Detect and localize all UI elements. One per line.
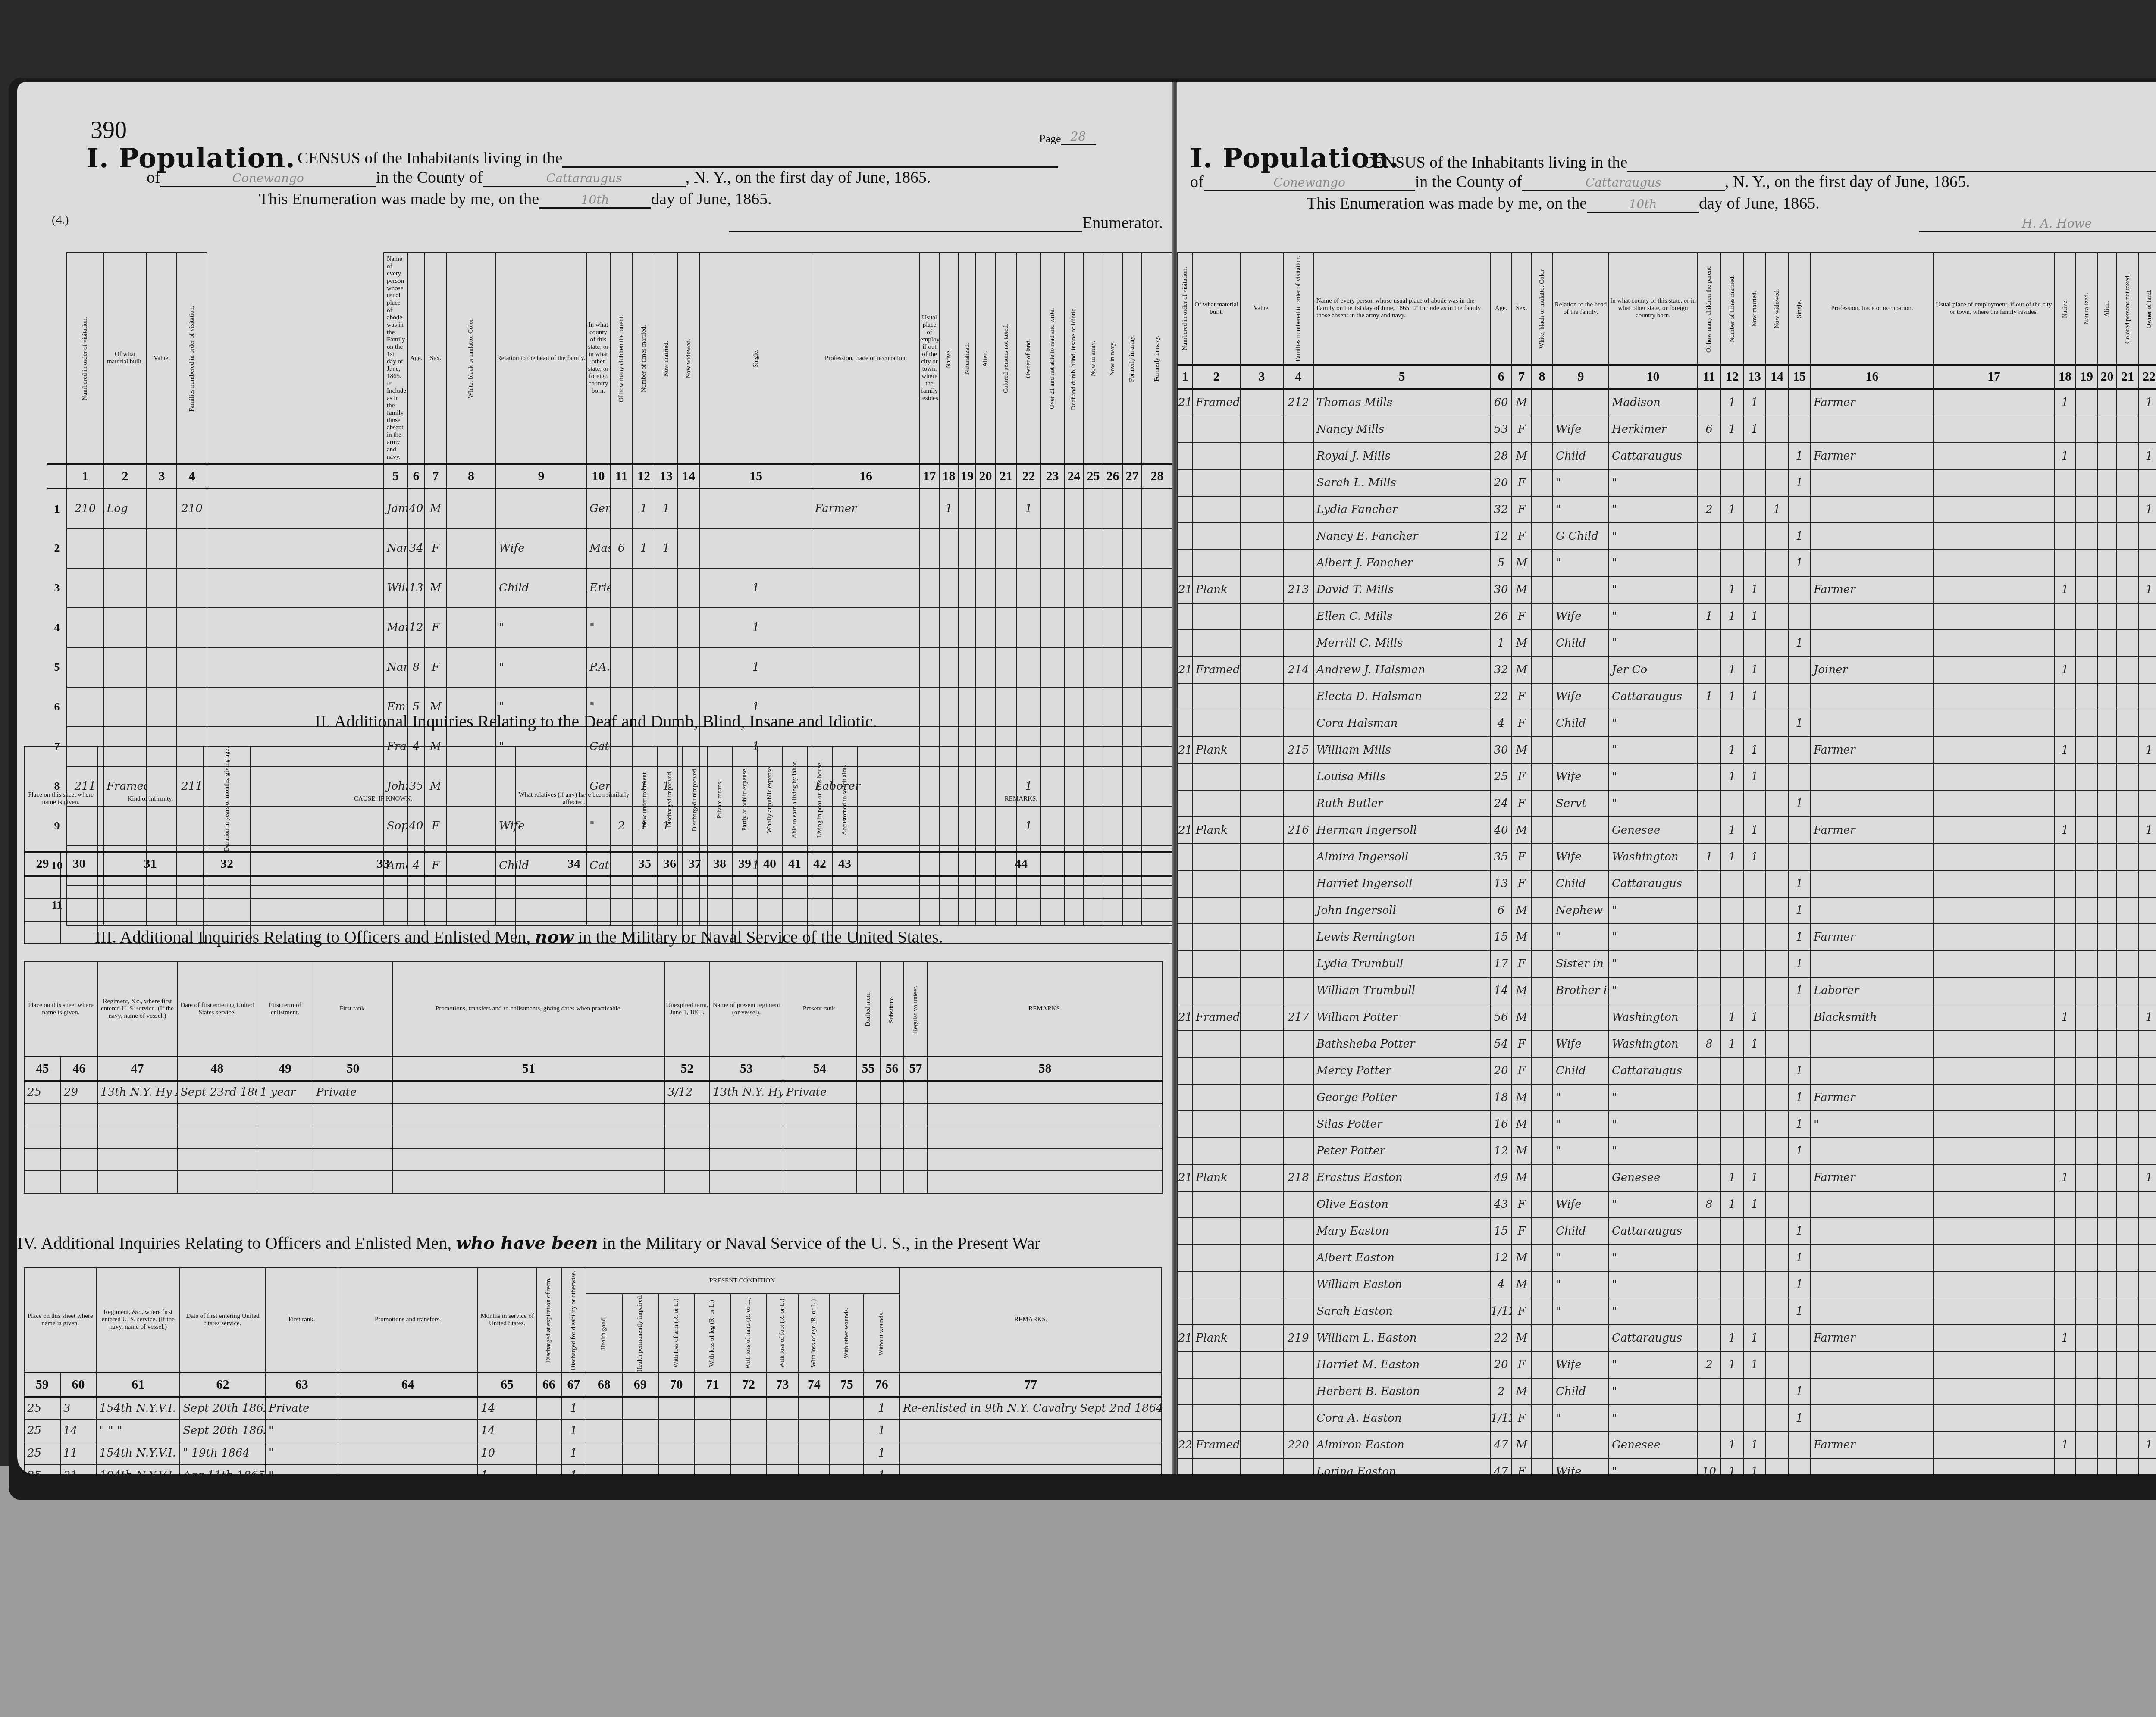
children-count [1697,817,1721,844]
line-number: 2 [47,529,67,568]
col-25 [1084,529,1103,568]
times-married: 1 [1721,1325,1743,1351]
s3-header-date-first: Date of first entering United States ser… [177,962,257,1057]
sex: F [1512,1057,1531,1084]
table-row: 3William H. Moore13MChildErie1 [47,568,1172,608]
blank-cell [24,921,61,944]
enumeration-day-field-right: 10th [1587,197,1699,213]
now-widowed [1766,844,1788,870]
s4-c76: 1 [864,1420,900,1442]
voter-native [939,647,959,687]
person-name: William L. Easton [1313,1325,1490,1351]
col-21 [2117,924,2138,951]
dwelling-number: 220 [1178,1432,1193,1458]
family-number: 220 [1283,1432,1313,1458]
table-row: Mercy Potter20FChildCattaraugus126 [1178,1057,2156,1084]
single: 1 [1788,710,1811,737]
single: 1 [700,608,812,647]
owner-of-land [2138,1458,2156,1474]
dwelling-value [1240,1458,1283,1474]
sex: F [1512,951,1531,977]
column-number: 59 [24,1373,60,1397]
times-married [633,647,655,687]
owner-of-land [2138,1351,2156,1378]
place-of-employment [1934,737,2054,763]
person-name: James M. Moore [384,488,407,529]
s3-date [177,1104,257,1126]
s4-header-first-rank: First rank. [266,1268,338,1373]
s4-header-months: Months in service of United States. [478,1268,536,1373]
single [1788,763,1811,790]
column-number: 5 [384,464,407,488]
now-married [1743,1111,1766,1138]
s3-unexpired: 3/12 [664,1081,710,1104]
dwelling-value [1240,1218,1283,1245]
family-number [177,568,207,608]
col-20 [2097,1111,2117,1138]
col-21 [995,687,1017,727]
section3-title: III. Additional Inquiries Relating to Of… [95,927,943,947]
age: 1/12 [1490,1405,1512,1432]
section4-table: Place on this sheet where name is given.… [24,1267,1162,1474]
single [1788,1191,1811,1218]
now-widowed [1766,1191,1788,1218]
sex: M [1512,550,1531,576]
col-20 [2097,1164,2117,1191]
table-row: Nancy E. Fancher12FG Child"16 [1178,523,2156,550]
person-name: Louisa Mills [1313,763,1490,790]
now-married [1743,550,1766,576]
table-row: William Easton4M""134 [1178,1271,2156,1298]
relation: " [1553,1271,1609,1298]
voter-native [939,568,959,608]
dwelling-number: 210 [67,488,103,529]
family-number [1283,1084,1313,1111]
col-28 [1142,568,1172,608]
dwelling-material [1193,550,1240,576]
header-col22: Owner of land. [1017,253,1040,464]
children-count [1697,1057,1721,1084]
s2-header-c35: Now under treatment. [632,746,657,852]
blank-cell [757,899,782,921]
sex: F [1512,710,1531,737]
relation: Child [1553,870,1609,897]
times-married: 1 [1721,496,1743,523]
place-of-employment [1934,1057,2054,1084]
color [1531,1191,1553,1218]
sex: M [1512,1325,1531,1351]
dwelling-value [1240,924,1283,951]
col-28 [1142,529,1172,568]
column-number: 57 [904,1057,928,1081]
enumeration-line-text: This Enumeration was made by me, on the [259,190,539,208]
enumeration-date-line-right: This Enumeration was made by me, on the1… [1307,194,1820,213]
now-widowed [677,529,700,568]
family-number [1283,710,1313,737]
s3-extra [880,1104,904,1126]
times-married: 1 [1721,1351,1743,1378]
s4-header-c70: With loss of arm (R. or L.) [658,1294,695,1373]
table-row: Peter Potter12M""129 [1178,1138,2156,1164]
sex: M [1512,1111,1531,1138]
family-number [1283,443,1313,469]
place-of-employment [1934,657,2054,683]
blank-cell [24,876,61,899]
line-number: 3 [47,568,67,608]
table-row [24,876,1173,899]
dwelling-value [147,687,177,727]
now-married: 1 [1743,1191,1766,1218]
col-27 [1122,488,1142,529]
place-of-employment [1934,897,2054,924]
owner-of-land: 1 [2138,737,2156,763]
birthplace: " [1609,1458,1697,1474]
dwelling-material: Framed [1193,389,1240,416]
table-row: Herbert B. Easton2MChild"138 [1178,1378,2156,1405]
relation: " [1553,550,1609,576]
s2-header-c43: Accustomed to solicit alms. [832,746,857,852]
now-widowed [677,647,700,687]
family-number [1283,790,1313,817]
occupation [1811,870,1934,897]
s4-header-c76: Without wounds. [864,1294,900,1373]
table-row: Lydia Fancher32F""21115 [1178,496,2156,523]
column-number: 45 [24,1057,61,1081]
occupation: Farmer [1811,389,1934,416]
col-19 [2076,1111,2097,1138]
times-married [1721,1405,1743,1432]
col-25 [1084,687,1103,727]
single: 1 [1788,523,1811,550]
place-of-employment [1934,1298,2054,1325]
dwelling-material [1193,1298,1240,1325]
s4-promotions [338,1464,478,1474]
person-name: Sarah Easton [1313,1298,1490,1325]
birthplace: " [1609,550,1697,576]
col-19 [2076,1057,2097,1084]
dwelling-number [1178,710,1193,737]
s4-promotions [338,1420,478,1442]
children-count [1697,1111,1721,1138]
dwelling-material [103,568,147,608]
sex: F [1512,496,1531,523]
spacer [207,608,384,647]
s3-promotions [393,1171,664,1193]
col-25 [1084,647,1103,687]
sex: M [1512,1245,1531,1271]
s4-c71 [694,1397,730,1420]
sex: F [1512,603,1531,630]
dwelling-value [1240,763,1283,790]
birthplace: Mass [586,529,610,568]
voter-native [2054,763,2076,790]
birthplace: Cattaraugus [1609,683,1697,710]
dwelling-value [1240,1351,1283,1378]
person-name: David T. Mills [1313,576,1490,603]
col-24 [1064,647,1084,687]
left-page-header: 390 Page28 I. Population. CENSUS of the … [17,82,1173,259]
column-number: 9 [1553,365,1609,389]
column-number: 19 [2076,365,2097,389]
voter-native [939,608,959,647]
dwelling-number: 216 [1178,817,1193,844]
s4-months: 14 [478,1420,536,1442]
dwelling-value [1240,951,1283,977]
children-count [610,488,633,529]
children-count [610,647,633,687]
relation [1553,576,1609,603]
table-row: Albert J. Fancher5M""17 [1178,550,2156,576]
times-married: 1 [1721,737,1743,763]
times-married [1721,1245,1743,1271]
person-name: Sarah L. Mills [1313,469,1490,496]
dwelling-number [1178,763,1193,790]
s4-c72 [730,1397,767,1420]
col-20 [2097,1218,2117,1245]
now-widowed [1766,790,1788,817]
now-married [655,608,677,647]
now-widowed [677,568,700,608]
dwelling-material: Plank [1193,576,1240,603]
dwelling-material [1193,951,1240,977]
family-number [1283,951,1313,977]
column-number: 27 [1122,464,1142,488]
relation: " [1553,1111,1609,1138]
dwelling-number [1178,550,1193,576]
s4-promotions [338,1442,478,1464]
color [1531,657,1553,683]
now-widowed [1766,1245,1788,1271]
col-20 [976,608,995,647]
occupation [1811,683,1934,710]
owner-of-land [1017,529,1040,568]
birthplace: " [1609,1111,1697,1138]
sex: M [1512,657,1531,683]
s4-c73 [767,1420,798,1442]
dwelling-value [1240,389,1283,416]
table-row: Cora Halsman4FChild"113 [1178,710,2156,737]
column-number: 1 [1178,365,1193,389]
col-19 [2076,844,2097,870]
column-number: 48 [177,1057,257,1081]
column-number: 16 [812,464,920,488]
table-row: John Ingersoll6MNephew"120 [1178,897,2156,924]
dwelling-value [1240,683,1283,710]
dwelling-number: 219 [1178,1325,1193,1351]
children-count [1697,870,1721,897]
times-married [1721,977,1743,1004]
now-widowed [1766,657,1788,683]
owner-of-land: 1 [2138,576,2156,603]
col-19 [2076,1351,2097,1378]
single: 1 [1788,1271,1811,1298]
person-name: Lorina Easton [1313,1458,1490,1474]
column-number: 66 [536,1373,561,1397]
table-row: 218Plank218Erastus Easton49MGenesee11Far… [1178,1164,2156,1191]
column-number: 75 [830,1373,864,1397]
now-married: 1 [1743,1031,1766,1057]
s4-promotions [338,1397,478,1420]
now-married: 1 [1743,657,1766,683]
times-married [1721,1298,1743,1325]
times-married [1721,443,1743,469]
place-of-employment [1934,1325,2054,1351]
age: 20 [1490,1057,1512,1084]
children-count [1697,763,1721,790]
dwelling-number [1178,1218,1193,1245]
relation: " [496,647,586,687]
col-20 [2097,1084,2117,1111]
dwelling-value [1240,1164,1283,1191]
column-number: 71 [694,1373,730,1397]
voter-native [2054,977,2076,1004]
s3-regiment [97,1171,177,1193]
s4-c70 [658,1442,695,1464]
header-col12: Number of times married. [633,253,655,464]
birthplace: " [1609,1138,1697,1164]
s4-c72 [730,1442,767,1464]
sex: M [1512,1432,1531,1458]
column-number: 51 [393,1057,664,1081]
table-surface [0,1466,2156,1717]
person-name: Almiron Easton [1313,1432,1490,1458]
s3-line: 29 [61,1081,97,1104]
voter-native: 1 [2054,443,2076,469]
column-number: 7 [1512,365,1531,389]
now-married [1743,630,1766,657]
dwelling-number [1178,630,1193,657]
dwelling-number [1178,1351,1193,1378]
age: 32 [1490,657,1512,683]
birthplace: " [1609,897,1697,924]
col-20 [2097,951,2117,977]
occupation [1811,1458,1934,1474]
age: 20 [1490,469,1512,496]
person-name: Bathsheba Potter [1313,1031,1490,1057]
family-number [1283,469,1313,496]
column-number: 15 [700,464,812,488]
color [1531,1378,1553,1405]
birthplace: Washington [1609,1031,1697,1057]
s4-c69 [622,1442,658,1464]
now-widowed [1766,1111,1788,1138]
s3-extra [904,1081,928,1104]
birthplace: " [1609,576,1697,603]
col-19 [2076,1004,2097,1031]
col-21 [2117,1004,2138,1031]
s3-line [61,1126,97,1148]
col-20 [2097,1191,2117,1218]
children-count [1697,576,1721,603]
r-header-col15: Single. [1788,253,1811,365]
dwelling-material [1193,977,1240,1004]
s4-date: Sept 20th 1862 [180,1420,266,1442]
family-number [1283,1458,1313,1474]
s3-page [24,1126,61,1148]
dwelling-material [1193,1084,1240,1111]
column-number: 25 [1084,464,1103,488]
section3-title-pre: III. Additional Inquiries Relating to Of… [95,927,530,947]
voter-native [2054,870,2076,897]
birthplace: " [1609,603,1697,630]
s3-unexpired [664,1171,710,1193]
column-number: 36 [657,852,682,876]
s4-c70 [658,1397,695,1420]
times-married [1721,951,1743,977]
header-col18: Native. [939,253,959,464]
s4-c73 [767,1397,798,1420]
birthplace: Genesee [1609,1432,1697,1458]
spacer [207,488,384,529]
occupation [1811,1405,1934,1432]
single [1788,603,1811,630]
col-23 [1040,608,1064,647]
sex: F [425,529,446,568]
col-21 [995,647,1017,687]
column-number: 3 [1240,365,1283,389]
owner-of-land: 1 [2138,1004,2156,1031]
s3-extra [928,1171,1163,1193]
color [1531,1031,1553,1057]
family-number [1283,897,1313,924]
dwelling-material [1193,630,1240,657]
occupation: Farmer [1811,924,1934,951]
owner-of-land: 1 [2138,1164,2156,1191]
header-col15: Single. [700,253,812,464]
color [1531,1245,1553,1271]
sex: F [1512,469,1531,496]
table-row: Ellen C. Mills26FWife"1119 [1178,603,2156,630]
family-number: 210 [177,488,207,529]
voter-native: 1 [2054,1325,2076,1351]
now-married [1743,523,1766,550]
owner-of-land [2138,1218,2156,1245]
col-21 [2117,790,2138,817]
voter-native [2054,924,2076,951]
family-number [1283,844,1313,870]
times-married: 1 [1721,1164,1743,1191]
dwelling-number [1178,844,1193,870]
now-married [1743,951,1766,977]
col-21 [2117,1378,2138,1405]
age: 13 [407,568,425,608]
column-number: 33 [251,852,516,876]
s4-regiment: 154th N.Y.V.I. [96,1397,180,1420]
table-row: 213Plank213David T. Mills30M"11Farmer118 [1178,576,2156,603]
family-number [1283,523,1313,550]
place-of-employment [1934,523,2054,550]
dwelling-number [1178,683,1193,710]
family-number [1283,1245,1313,1271]
dwelling-value [1240,790,1283,817]
column-number: 11 [1697,365,1721,389]
times-married: 1 [1721,657,1743,683]
dwelling-number [1178,1057,1193,1084]
times-married [1721,1111,1743,1138]
blank-cell [732,899,757,921]
owner-of-land [2138,951,2156,977]
family-number [1283,496,1313,523]
occupation [1811,550,1934,576]
single: 1 [1788,443,1811,469]
dwelling-number [1178,977,1193,1004]
relation: " [1553,1405,1609,1432]
col-19 [2076,1325,2097,1351]
col-21 [2117,897,2138,924]
birthplace: " [1609,1298,1697,1325]
person-name: Erastus Easton [1313,1164,1490,1191]
color [1531,683,1553,710]
